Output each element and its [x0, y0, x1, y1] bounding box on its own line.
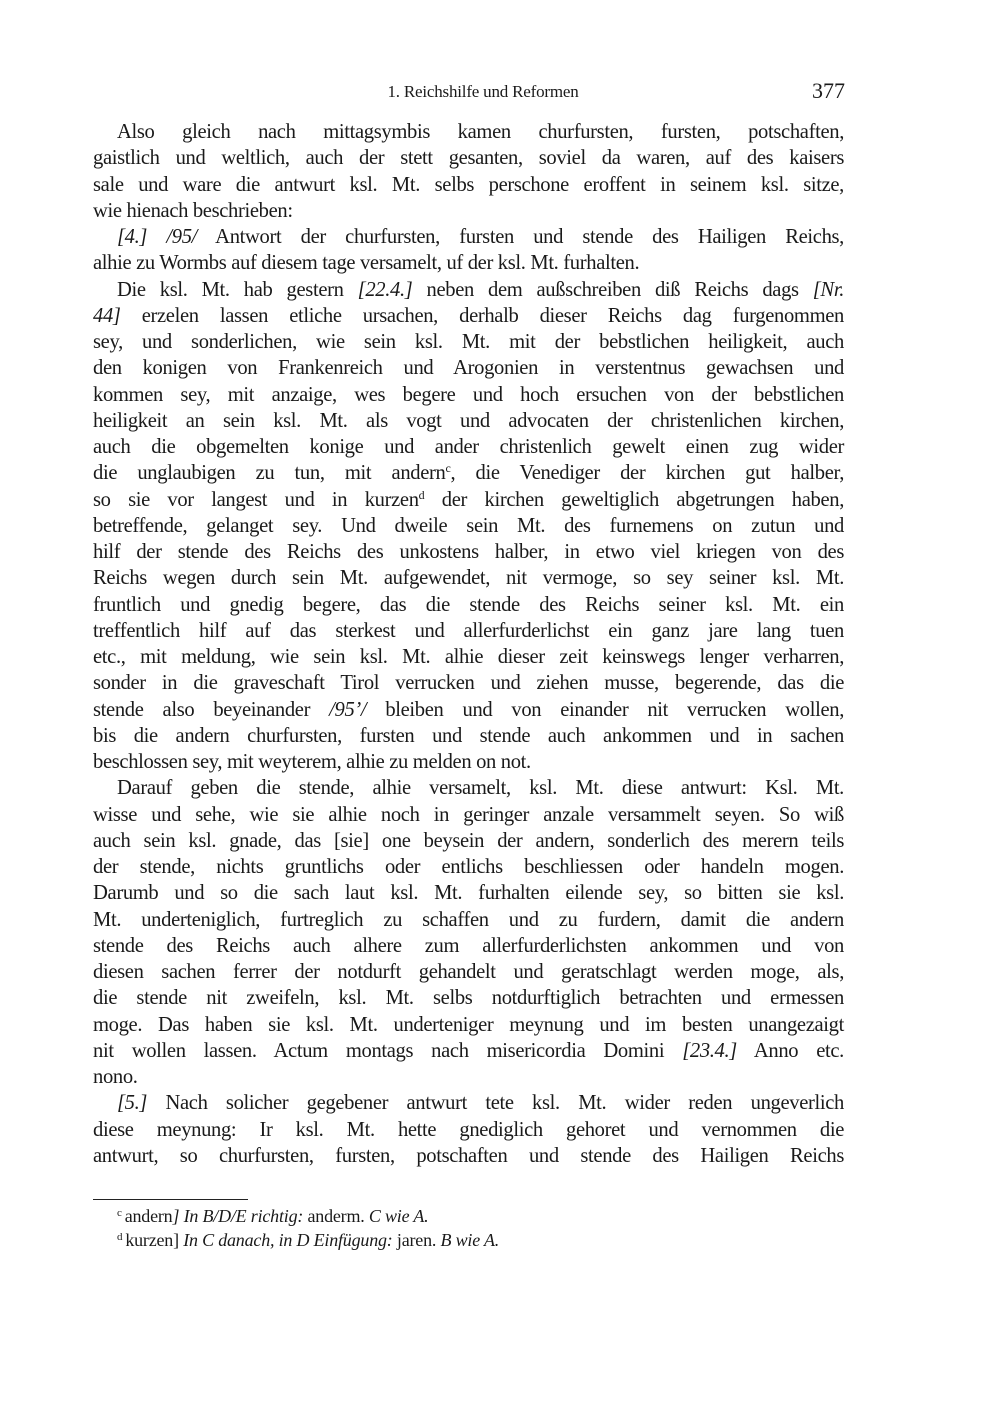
text-line: Die ksl. Mt. hab gestern [22.4.] neben d… [93, 277, 844, 303]
text-line: betreffende, gelanget sey. Und dweile se… [93, 513, 844, 539]
text-line: den konigen von Frankenreich und Arogoni… [93, 355, 844, 381]
text-line: moge. Das haben sie ksl. Mt. undertenige… [93, 1012, 844, 1038]
text-line: sonder in die graveschaft Tirol verrucke… [93, 670, 844, 696]
text-line: bis die andern churfursten, fursten und … [93, 723, 844, 749]
text-line: diese meynung: Ir ksl. Mt. hette gnedigl… [93, 1117, 844, 1143]
text-line: wie hienach beschrieben: [93, 198, 844, 224]
text-line: sale und ware die antwurt ksl. Mt. selbs… [93, 172, 844, 198]
text-line: nono. [93, 1064, 844, 1090]
footnote-mark: c [117, 1207, 122, 1219]
paragraph-1: Also gleich nach mittagsymbis kamen chur… [93, 119, 844, 224]
paragraph-4: Darauf geben die stende, alhie versamelt… [93, 775, 844, 1090]
footnote-c: candern] In B/D/E richtig: anderm. C wie… [93, 1204, 844, 1228]
text-line: stende des Reichs auch alhere zum allerf… [93, 933, 844, 959]
text-line: gaistlich und weltlich, auch der stett g… [93, 145, 844, 171]
footnote-mark: d [117, 1231, 122, 1243]
folio-marker: /95/ [166, 226, 197, 248]
text-line: Reichs wegen durch sein Mt. aufgewendet,… [93, 565, 844, 591]
text-line: heiligkeit an sein ksl. Mt. als vogt und… [93, 408, 844, 434]
text-line: Darumb und so die sach laut ksl. Mt. fur… [93, 880, 844, 906]
footnote-d: dkurzen] In C danach, in D Einfügung: ja… [93, 1228, 844, 1252]
document-reference: 44] [93, 305, 121, 327]
text-line: diesen sachen ferrer der notdurft gehand… [93, 959, 844, 985]
text-line: Darauf geben die stende, alhie versamelt… [93, 775, 844, 801]
text-line: stende also beyeinander /95’/ bleiben un… [93, 697, 844, 723]
section-marker: [5.] [117, 1092, 147, 1114]
text-line: Mt. underteniglich, furtreglich zu schaf… [93, 907, 844, 933]
text-line: kommen sey, mit anzaige, wes begere und … [93, 382, 844, 408]
text-line: [4.] /95/ Antwort der churfursten, furst… [93, 224, 844, 250]
text-line: sey, und sonderlichen, wie sein ksl. Mt.… [93, 329, 844, 355]
footnote-divider [93, 1199, 248, 1200]
text-line: [5.] Nach solicher gegebener antwurt tet… [93, 1090, 844, 1116]
text-line: die unglaubigen zu tun, mit andernc, die… [93, 460, 844, 486]
text-line: wisse und sehe, wie sie alhie noch in ge… [93, 802, 844, 828]
text-line: etc., mit meldung, wie sein ksl. Mt. alh… [93, 644, 844, 670]
text-line: beschlossen sey, mit weyterem, alhie zu … [93, 749, 844, 775]
text-line: der stende, nichts gruntlichs oder entli… [93, 854, 844, 880]
text-line: antwurt, so churfursten, fursten, potsch… [93, 1143, 844, 1169]
paragraph-3: Die ksl. Mt. hab gestern [22.4.] neben d… [93, 277, 844, 776]
text-line: treffentlich hilf auf das sterkest und a… [93, 618, 844, 644]
paragraph-2: [4.] /95/ Antwort der churfursten, furst… [93, 224, 844, 277]
document-reference: [Nr. [813, 279, 844, 301]
text-line: nit wollen lassen. Actum montags nach mi… [93, 1038, 844, 1064]
text-line: Also gleich nach mittagsymbis kamen chur… [93, 119, 844, 145]
main-text: Also gleich nach mittagsymbis kamen chur… [93, 119, 844, 1169]
date-annotation: [22.4.] [358, 279, 413, 301]
text-line: hilf der stende des Reichs des unkostens… [93, 539, 844, 565]
running-title: 1. Reichshilfe und Reformen [93, 82, 845, 102]
text-line: 44] erzelen lassen etliche ursachen, der… [93, 303, 844, 329]
section-marker: [4.] [117, 226, 147, 248]
folio-marker: /95’/ [329, 699, 366, 721]
text-line: alhie zu Wormbs auf diesem tage versamel… [93, 250, 844, 276]
text-line: auch sein ksl. gnade, das [sie] one beys… [93, 828, 844, 854]
text-line: auch die obgemelten konige und ander chr… [93, 434, 844, 460]
paragraph-5: [5.] Nach solicher gegebener antwurt tet… [93, 1090, 844, 1169]
page-number: 377 [812, 78, 845, 104]
text-line: fruntlich und gnedig begere, das die ste… [93, 592, 844, 618]
running-header: 1. Reichshilfe und Reformen 377 [93, 78, 845, 108]
text-line: so sie vor langest und in kurzend der ki… [93, 487, 844, 513]
date-annotation: [23.4.] [682, 1040, 737, 1062]
footnotes: candern] In B/D/E richtig: anderm. C wie… [93, 1204, 844, 1252]
text-line: die stende nit zweifeln, ksl. Mt. selbs … [93, 985, 844, 1011]
